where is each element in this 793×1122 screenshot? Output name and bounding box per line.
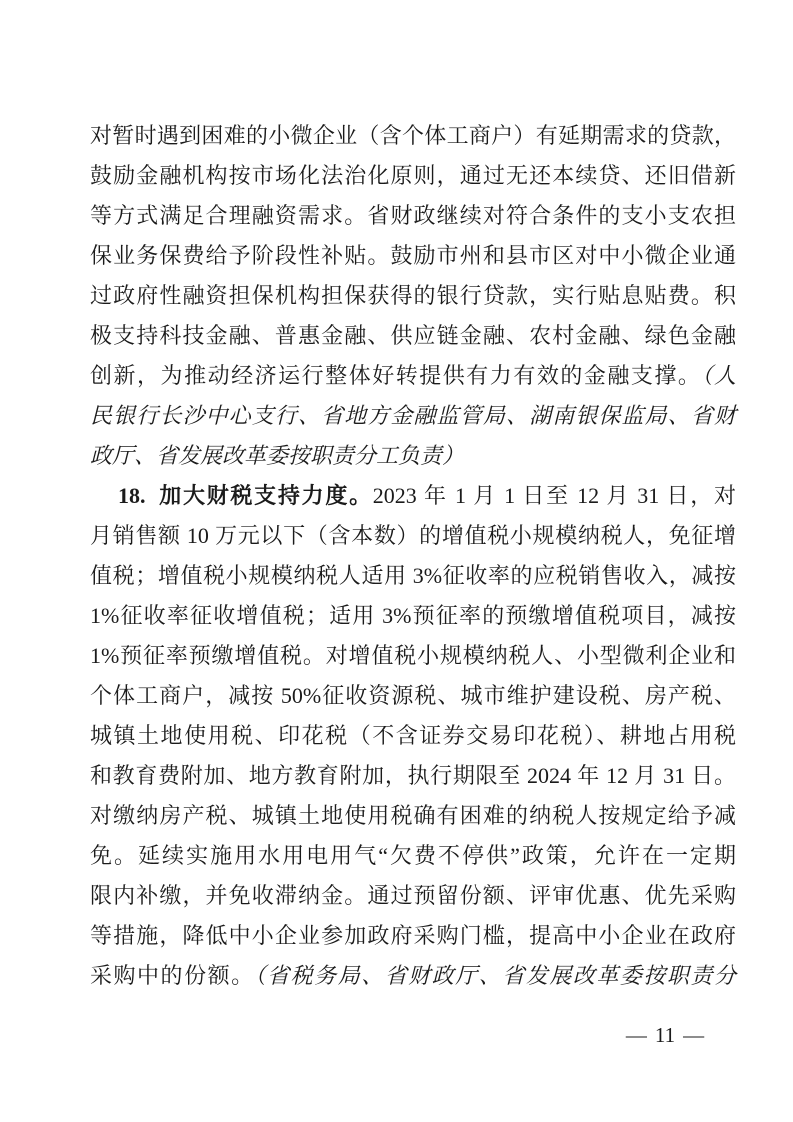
paragraph-text: 值税；增值税小规模纳税人适用 3%征收率的应税销售收入，减按	[90, 563, 736, 588]
paragraph-text: 极支持科技金融、普惠金融、供应链金融、农村金融、绿色金融	[90, 323, 736, 348]
section-heading: 加大财税支持力度。	[158, 483, 373, 508]
text-line: 等措施，降低中小企业参加政府采购门槛，提高中小企业在政府	[90, 916, 736, 956]
text-line: 对缴纳房产税、城镇土地使用税确有困难的纳税人按规定给予减	[90, 796, 736, 836]
attribution-text: 政厅、省发展改革委按职责分工负责）	[90, 443, 464, 468]
section-number: 18.	[118, 483, 146, 508]
document-page: 对暂时遇到困难的小微企业（含个体工商户）有延期需求的贷款， 鼓励金融机构按市场化…	[0, 0, 793, 1122]
paragraph-text: 城镇土地使用税、印花税（不含证券交易印花税）、耕地占用税	[90, 723, 736, 748]
text-line: 个体工商户，减按 50%征收资源税、城市维护建设税、房产税、	[90, 676, 736, 716]
paragraph-text: 限内补缴，并免收滞纳金。通过预留份额、评审优惠、优先采购	[90, 883, 736, 908]
paragraph-text: 2023 年 1 月 1 日至 12 月 31 日，对	[373, 483, 736, 508]
text-line: 创新，为推动经济运行整体好转提供有力有效的金融支撑。（人	[90, 356, 736, 396]
paragraph-text: 对缴纳房产税、城镇土地使用税确有困难的纳税人按规定给予减	[90, 803, 736, 828]
paragraph-text: 等措施，降低中小企业参加政府采购门槛，提高中小企业在政府	[90, 923, 736, 948]
page-number: 11	[655, 1023, 675, 1047]
paragraph-text: 月销售额 10 万元以下（含本数）的增值税小规模纳税人，免征增	[90, 523, 736, 548]
text-line: 18.加大财税支持力度。2023 年 1 月 1 日至 12 月 31 日，对	[90, 476, 736, 516]
text-line: 民银行长沙中心支行、省地方金融监管局、湖南银保监局、省财	[90, 396, 736, 436]
text-line: 保业务保费给予阶段性补贴。鼓励市州和县市区对中小微企业通	[90, 236, 736, 276]
text-line: 1%征收率征收增值税；适用 3%预征率的预缴增值税项目，减按	[90, 596, 736, 636]
text-line: 免。延续实施用水用电用气“欠费不停供”政策，允许在一定期	[90, 836, 736, 876]
text-line: 采购中的份额。（省税务局、省财政厅、省发展改革委按职责分	[90, 956, 736, 996]
paragraph-text: 等方式满足合理融资需求。省财政继续对符合条件的支小支农担	[90, 203, 736, 228]
text-line: 极支持科技金融、普惠金融、供应链金融、农村金融、绿色金融	[90, 316, 736, 356]
document-body: 对暂时遇到困难的小微企业（含个体工商户）有延期需求的贷款， 鼓励金融机构按市场化…	[90, 116, 736, 996]
paragraph-text: 对暂时遇到困难的小微企业（含个体工商户）有延期需求的贷款，	[90, 123, 736, 148]
text-line: 城镇土地使用税、印花税（不含证券交易印花税）、耕地占用税	[90, 716, 736, 756]
paragraph-text: 1%征收率征收增值税；适用 3%预征率的预缴增值税项目，减按	[90, 603, 736, 628]
attribution-text: （省税务局、省财政厅、省发展改革委按职责分	[255, 963, 736, 988]
attribution-text: 民银行长沙中心支行、省地方金融监管局、湖南银保监局、省财	[90, 403, 736, 428]
paragraph-text: 保业务保费给予阶段性补贴。鼓励市州和县市区对中小微企业通	[90, 243, 736, 268]
page-number-dash-left: —	[626, 1023, 647, 1047]
text-line: 政厅、省发展改革委按职责分工负责）	[90, 436, 736, 476]
paragraph-text: 过政府性融资担保机构担保获得的银行贷款，实行贴息贴费。积	[90, 283, 736, 308]
paragraph-text: 和教育费附加、地方教育附加，执行期限至 2024 年 12 月 31 日。	[90, 763, 736, 788]
paragraph-text: 个体工商户，减按 50%征收资源税、城市维护建设税、房产税、	[90, 683, 736, 708]
paragraph-text: 免。延续实施用水用电用气“欠费不停供”政策，允许在一定期	[90, 843, 736, 868]
paragraph-text: 鼓励金融机构按市场化法治化原则，通过无还本续贷、还旧借新	[90, 163, 736, 188]
paragraph-text: 1%预征率预缴增值税。对增值税小规模纳税人、小型微利企业和	[90, 643, 736, 668]
paragraph-text: 采购中的份额。	[90, 963, 255, 988]
paragraph-text: 创新，为推动经济运行整体好转提供有力有效的金融支撑。	[90, 363, 701, 388]
text-line: 1%预征率预缴增值税。对增值税小规模纳税人、小型微利企业和	[90, 636, 736, 676]
text-line: 值税；增值税小规模纳税人适用 3%征收率的应税销售收入，减按	[90, 556, 736, 596]
page-footer: —11—	[615, 1022, 715, 1048]
text-line: 鼓励金融机构按市场化法治化原则，通过无还本续贷、还旧借新	[90, 156, 736, 196]
text-line: 对暂时遇到困难的小微企业（含个体工商户）有延期需求的贷款，	[90, 116, 736, 156]
text-line: 等方式满足合理融资需求。省财政继续对符合条件的支小支农担	[90, 196, 736, 236]
attribution-text: （人	[701, 363, 736, 388]
text-line: 和教育费附加、地方教育附加，执行期限至 2024 年 12 月 31 日。	[90, 756, 736, 796]
text-line: 月销售额 10 万元以下（含本数）的增值税小规模纳税人，免征增	[90, 516, 736, 556]
text-line: 限内补缴，并免收滞纳金。通过预留份额、评审优惠、优先采购	[90, 876, 736, 916]
page-number-dash-right: —	[683, 1023, 704, 1047]
text-line: 过政府性融资担保机构担保获得的银行贷款，实行贴息贴费。积	[90, 276, 736, 316]
